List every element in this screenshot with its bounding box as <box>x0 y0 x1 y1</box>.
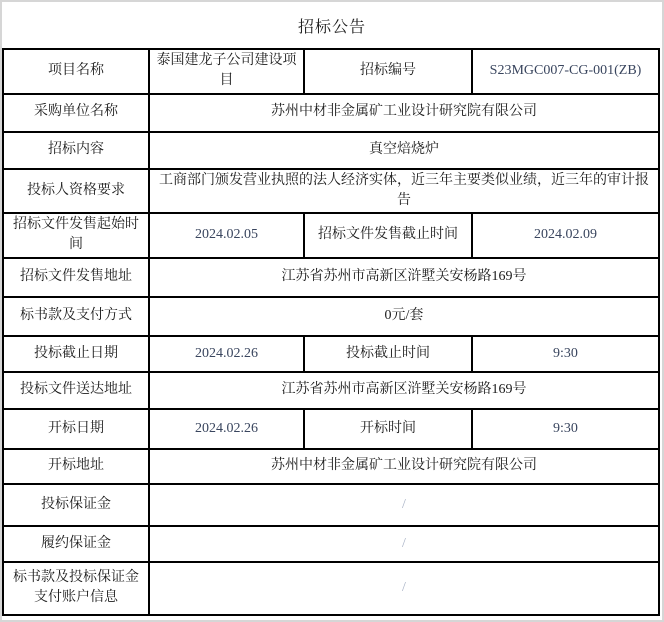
payment-account-label: 标书款及投标保证金支付账户信息 <box>3 562 149 615</box>
sale-address-label: 招标文件发售地址 <box>3 258 149 297</box>
tender-number-value: S23MGC007-CG-001(ZB) <box>472 49 659 94</box>
row-delivery-address: 投标文件送达地址 江苏省苏州市高新区浒墅关安杨路169号 <box>3 372 659 409</box>
opening-address-value: 苏州中材非金属矿工业设计研究院有限公司 <box>149 449 659 484</box>
row-opening-address: 开标地址 苏州中材非金属矿工业设计研究院有限公司 <box>3 449 659 484</box>
tender-content-value: 真空焙烧炉 <box>149 132 659 169</box>
row-purchaser: 采购单位名称 苏州中材非金属矿工业设计研究院有限公司 <box>3 94 659 132</box>
bid-deadline-date-value: 2024.02.26 <box>149 336 304 372</box>
doc-fee-value: 0元/套 <box>149 297 659 336</box>
row-project: 项目名称 泰国建龙子公司建设项目 招标编号 S23MGC007-CG-001(Z… <box>3 49 659 94</box>
qualification-label: 投标人资格要求 <box>3 169 149 214</box>
bid-deadline-time-value: 9:30 <box>472 336 659 372</box>
performance-bond-label: 履约保证金 <box>3 526 149 562</box>
bid-bond-value: / <box>149 484 659 526</box>
sale-start-label: 招标文件发售起始时间 <box>3 213 149 258</box>
payment-account-value: / <box>149 562 659 615</box>
row-qualification: 投标人资格要求 工商部门颁发营业执照的法人经济实体，近三年主要类似业绩，近三年的… <box>3 169 659 214</box>
opening-date-value: 2024.02.26 <box>149 409 304 449</box>
row-tender-content: 招标内容 真空焙烧炉 <box>3 132 659 169</box>
bid-deadline-date-label: 投标截止日期 <box>3 336 149 372</box>
opening-date-label: 开标日期 <box>3 409 149 449</box>
row-bid-bond: 投标保证金 / <box>3 484 659 526</box>
row-payment-account: 标书款及投标保证金支付账户信息 / <box>3 562 659 615</box>
purchaser-value: 苏州中材非金属矿工业设计研究院有限公司 <box>149 94 659 132</box>
delivery-address-value: 江苏省苏州市高新区浒墅关安杨路169号 <box>149 372 659 409</box>
row-performance-bond: 履约保证金 / <box>3 526 659 562</box>
delivery-address-label: 投标文件送达地址 <box>3 372 149 409</box>
bid-deadline-time-label: 投标截止时间 <box>304 336 472 372</box>
tender-content-label: 招标内容 <box>3 132 149 169</box>
sale-end-value: 2024.02.09 <box>472 213 659 258</box>
row-sale-time: 招标文件发售起始时间 2024.02.05 招标文件发售截止时间 2024.02… <box>3 213 659 258</box>
row-bid-deadline: 投标截止日期 2024.02.26 投标截止时间 9:30 <box>3 336 659 372</box>
row-opening-date: 开标日期 2024.02.26 开标时间 9:30 <box>3 409 659 449</box>
qualification-value: 工商部门颁发营业执照的法人经济实体，近三年主要类似业绩，近三年的审计报告 <box>149 169 659 214</box>
opening-address-label: 开标地址 <box>3 449 149 484</box>
opening-time-value: 9:30 <box>472 409 659 449</box>
sale-end-label: 招标文件发售截止时间 <box>304 213 472 258</box>
tender-number-label: 招标编号 <box>304 49 472 94</box>
tender-notice-page: 招标公告 项目名称 泰国建龙子公司建设项目 招标编号 S23MGC007-CG-… <box>0 0 664 622</box>
performance-bond-value: / <box>149 526 659 562</box>
purchaser-label: 采购单位名称 <box>3 94 149 132</box>
sale-address-value: 江苏省苏州市高新区浒墅关安杨路169号 <box>149 258 659 297</box>
sale-start-value: 2024.02.05 <box>149 213 304 258</box>
project-name-value: 泰国建龙子公司建设项目 <box>149 49 304 94</box>
doc-fee-label: 标书款及支付方式 <box>3 297 149 336</box>
bid-bond-label: 投标保证金 <box>3 484 149 526</box>
opening-time-label: 开标时间 <box>304 409 472 449</box>
page-title: 招标公告 <box>2 2 662 48</box>
project-name-label: 项目名称 <box>3 49 149 94</box>
row-sale-address: 招标文件发售地址 江苏省苏州市高新区浒墅关安杨路169号 <box>3 258 659 297</box>
tender-notice-table: 项目名称 泰国建龙子公司建设项目 招标编号 S23MGC007-CG-001(Z… <box>2 48 660 616</box>
row-doc-fee: 标书款及支付方式 0元/套 <box>3 297 659 336</box>
